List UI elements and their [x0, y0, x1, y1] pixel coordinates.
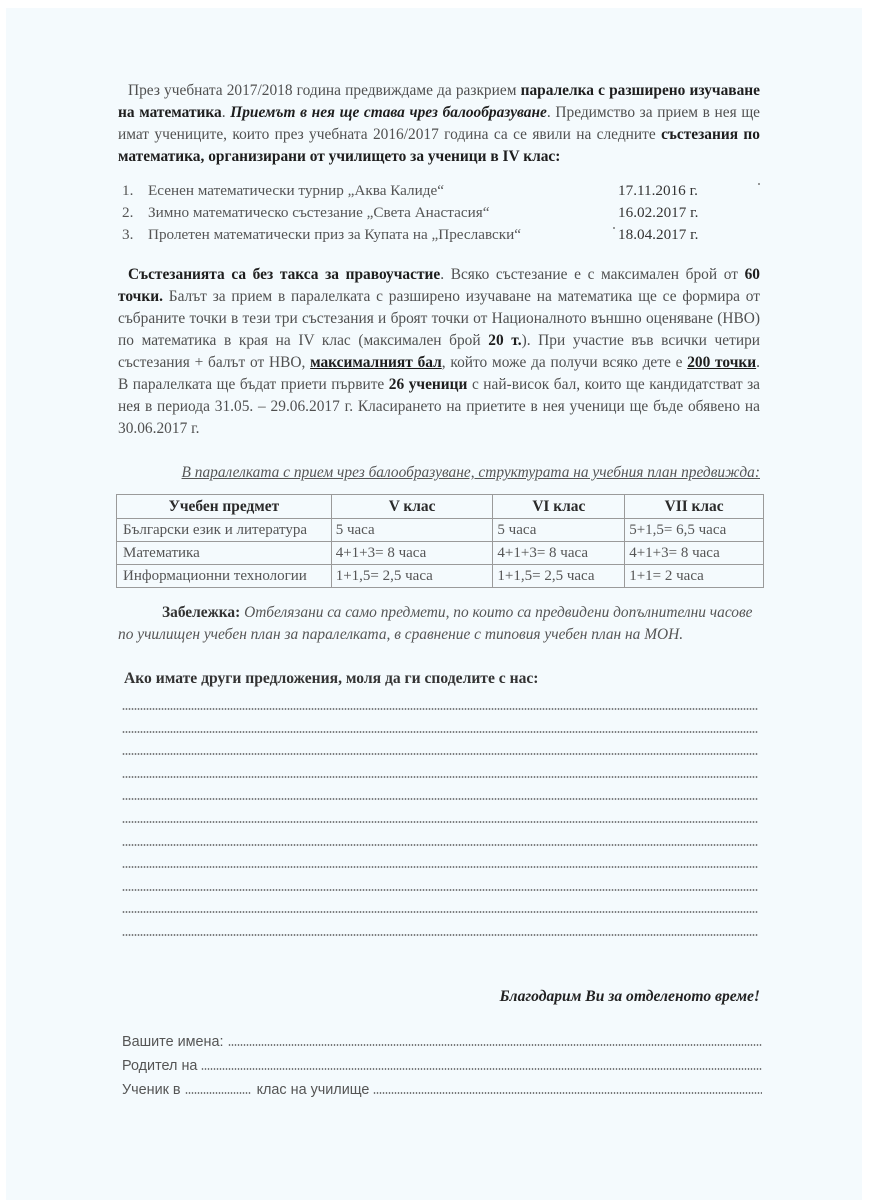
hours-cell: 5+1,5= 6,5 часа	[625, 519, 764, 542]
answer-line[interactable]	[122, 844, 758, 846]
rules-bold: Състезанията са без такса за правоучасти…	[128, 266, 440, 283]
student-count: 26 ученици	[389, 376, 468, 393]
intro-text: През учебната 2017/2018 година предвижда…	[128, 82, 521, 99]
subject-cell: Математика	[117, 542, 332, 565]
column-header: V клас	[331, 495, 493, 519]
hours-cell: 1+1,5= 2,5 часа	[493, 565, 625, 588]
hours-cell: 4+1+3= 8 часа	[625, 542, 764, 565]
competition-list: 1. Есенен математически турнир „Аква Кал…	[122, 180, 732, 246]
subject-cell: Информационни технологии	[117, 565, 332, 588]
column-header: Учебен предмет	[117, 495, 332, 519]
school-input-line[interactable]	[373, 1092, 762, 1094]
thanks-text: Благодарим Ви за отделеното време!	[500, 988, 760, 1006]
column-header: VI клас	[493, 495, 625, 519]
intro-text: .	[222, 104, 231, 121]
max-score-value: 200 точки	[687, 354, 756, 371]
competition-date: 17.11.2016 г.	[618, 180, 732, 202]
name-label: Вашите имена:	[122, 1034, 224, 1050]
answer-line[interactable]	[122, 798, 758, 800]
rules-paragraph: Състезанията са без такса за правоучасти…	[118, 264, 760, 440]
hours-cell: 4+1+3= 8 часа	[493, 542, 625, 565]
table-row: Български език и литература 5 часа 5 час…	[117, 519, 764, 542]
scan-speck	[758, 183, 760, 185]
answer-line[interactable]	[122, 866, 758, 868]
competition-name: Есенен математически турнир „Аква Калиде…	[148, 180, 618, 202]
answer-line[interactable]	[122, 821, 758, 823]
answer-line[interactable]	[122, 934, 758, 936]
answer-line[interactable]	[122, 708, 758, 710]
parent-field[interactable]: Родител на	[122, 1054, 762, 1074]
name-field[interactable]: Вашите имена:	[122, 1030, 762, 1050]
rules-text: . Всяко състезание е с максимален брой о…	[440, 266, 744, 283]
column-header: VII клас	[625, 495, 764, 519]
scan-speck	[613, 227, 615, 229]
hours-cell: 5 часа	[331, 519, 493, 542]
parent-label: Родител на	[122, 1058, 197, 1074]
table-row: Информационни технологии 1+1,5= 2,5 часа…	[117, 565, 764, 588]
item-number: 3.	[122, 224, 148, 246]
competition-name: Зимно математическо състезание „Света Ан…	[148, 202, 618, 224]
intro-paragraph: През учебната 2017/2018 година предвижда…	[118, 80, 760, 168]
note-paragraph: Забележка: Отбелязани са само предмети, …	[118, 602, 760, 646]
parent-input-line[interactable]	[201, 1068, 762, 1070]
note-label: Забележка:	[162, 604, 240, 621]
hours-cell: 1+1= 2 часа	[625, 565, 764, 588]
school-label: клас на училище	[257, 1082, 370, 1098]
hours-cell: 5 часа	[493, 519, 625, 542]
competition-date: 16.02.2017 г.	[618, 202, 732, 224]
class-input-line[interactable]	[185, 1092, 251, 1094]
answer-line[interactable]	[122, 911, 758, 913]
student-label: Ученик в	[122, 1082, 181, 1098]
competition-date: 18.04.2017 г.	[618, 224, 732, 246]
answer-line[interactable]	[122, 889, 758, 891]
list-item: 2. Зимно математическо състезание „Света…	[122, 202, 732, 224]
rules-bold: 20 т.	[488, 332, 521, 349]
subject-cell: Български език и литература	[117, 519, 332, 542]
suggestions-title: Ако имате други предложения, моля да ги …	[124, 670, 539, 688]
student-field[interactable]: Ученик в клас на училище	[122, 1078, 762, 1098]
max-score-label: максималният бал	[310, 354, 442, 371]
table-row: Математика 4+1+3= 8 часа 4+1+3= 8 часа 4…	[117, 542, 764, 565]
item-number: 2.	[122, 202, 148, 224]
list-item: 1. Есенен математически турнир „Аква Кал…	[122, 180, 732, 202]
item-number: 1.	[122, 180, 148, 202]
answer-line[interactable]	[122, 753, 758, 755]
intro-admission: Приемът в нея ще става чрез балообразува…	[230, 104, 547, 121]
curriculum-table: Учебен предмет V клас VI клас VII клас Б…	[116, 494, 764, 588]
table-header-row: Учебен предмет V клас VI клас VII клас	[117, 495, 764, 519]
hours-cell: 4+1+3= 8 часа	[331, 542, 493, 565]
list-item: 3. Пролетен математически приз за Купата…	[122, 224, 732, 246]
name-input-line[interactable]	[228, 1044, 762, 1046]
competition-name: Пролетен математически приз за Купата на…	[148, 224, 618, 246]
rules-text: , който може да получи всяко дете е	[442, 354, 687, 371]
hours-cell: 1+1,5= 2,5 часа	[331, 565, 493, 588]
plan-caption: В паралелката с прием чрез балообразуван…	[118, 464, 760, 482]
answer-line[interactable]	[122, 731, 758, 733]
answer-line[interactable]	[122, 776, 758, 778]
